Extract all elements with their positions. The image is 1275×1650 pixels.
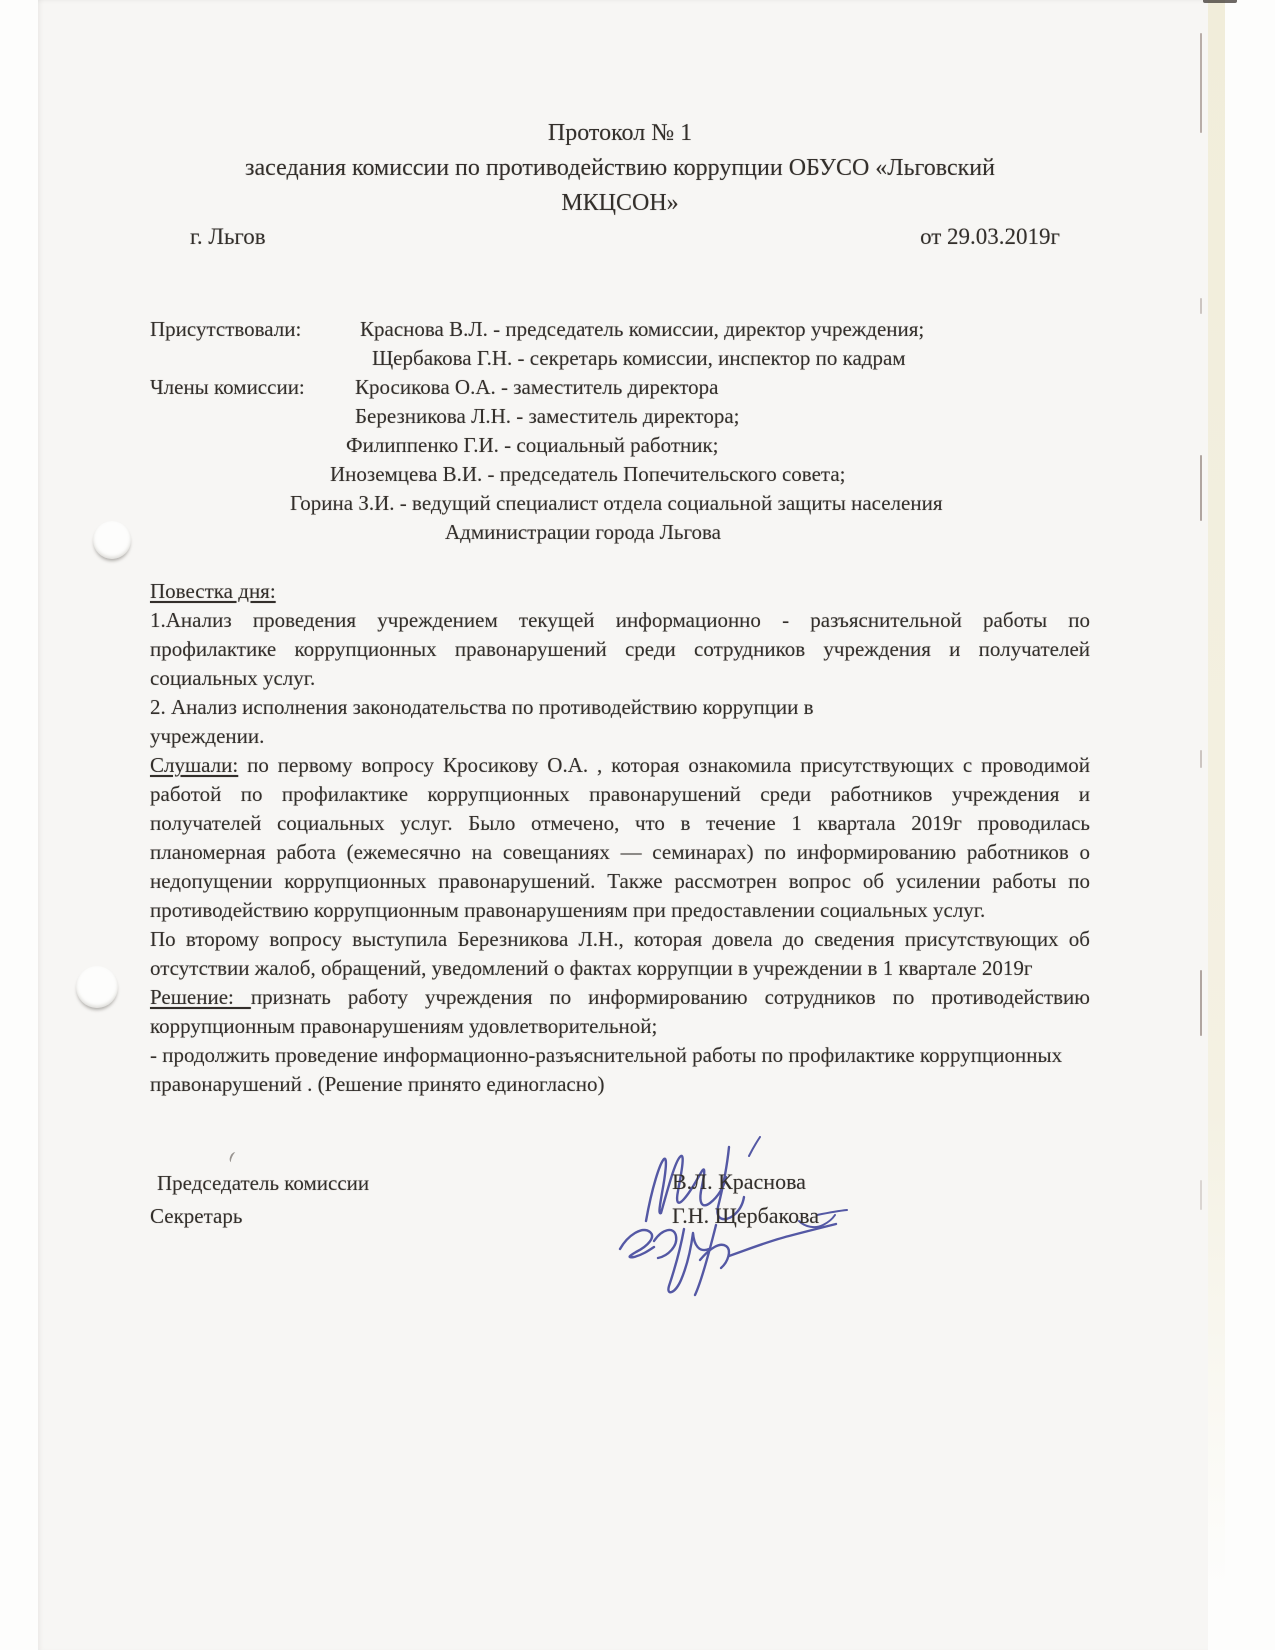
scan-edge-line <box>1200 970 1202 1036</box>
attendee-text: Березникова Л.Н. - заместитель директора… <box>355 404 740 428</box>
scan-edge-strip <box>1208 0 1225 1590</box>
chairman-label: Председатель комиссии <box>150 1167 1090 1200</box>
hole-punch-top <box>93 521 131 559</box>
attendees-section: Присутствовали:Краснова В.Л. - председат… <box>150 315 1090 547</box>
scanner-edge-smudge <box>1203 0 1237 3</box>
second-question-paragraph: По второму вопросу выступила Березникова… <box>150 925 1090 983</box>
scan-edge-line <box>1200 750 1202 768</box>
attendee-text: Филиппенко Г.И. - социальный работник; <box>346 433 719 457</box>
attendee-text: Кросикова О.А. - заместитель директора <box>355 375 718 399</box>
signature-labels: Председатель комиссии Секретарь <box>150 1167 1090 1233</box>
attendee-line: Горина З.И. - ведущий специалист отдела … <box>150 489 1090 518</box>
members-label: Члены комиссии: <box>150 373 355 402</box>
secretary-name: Г.Н. Щербакова <box>672 1199 819 1233</box>
attendee-line: Члены комиссии:Кросикова О.А. - заместит… <box>150 373 1090 402</box>
document-header: Протокол № 1 заседания комиссии по проти… <box>150 0 1090 221</box>
heard-text: по первому вопросу Кросикову О.А. , кото… <box>150 753 1090 922</box>
hole-punch-bottom <box>76 966 118 1008</box>
scan-edge-line <box>1200 1180 1202 1210</box>
attendee-line: Администрации города Льгова <box>150 518 1090 547</box>
scan-edge-line <box>1200 298 1202 314</box>
document-title: Протокол № 1 <box>150 116 1090 151</box>
signature-block: Председатель комиссии Секретарь <box>150 1167 1090 1347</box>
document-place: г. Льгов <box>190 221 266 253</box>
agenda-item-2-line1: 2. Анализ исполнения законодательства по… <box>150 693 1090 722</box>
attendee-line: Филиппенко Г.И. - социальный работник; <box>150 431 1090 460</box>
agenda-item-1: 1.Анализ проведения учреждением текущей … <box>150 606 1090 693</box>
scan-edge-line <box>1200 455 1202 521</box>
heard-lead: Слушали: <box>150 753 238 777</box>
secretary-label: Секретарь <box>150 1200 1090 1233</box>
document-date: от 29.03.2019г <box>920 221 1060 253</box>
document-subtitle-line1: заседания комиссии по противодействию ко… <box>150 151 1090 186</box>
signature-names: В.Л. Краснова Г.Н. Щербакова <box>672 1165 819 1233</box>
attendee-text: Краснова В.Л. - председатель комиссии, д… <box>360 317 924 341</box>
agenda-heading: Повестка дня: <box>150 577 1090 606</box>
decision-paragraph: Решение: признать работу учреждения по и… <box>150 983 1090 1041</box>
document-subtitle-line2: МКЦСОН» <box>150 186 1090 221</box>
attendee-text: Горина З.И. - ведущий специалист отдела … <box>290 491 943 515</box>
heard-paragraph: Слушали: по первому вопросу Кросикову О.… <box>150 751 1090 925</box>
decision-lead: Решение: <box>150 985 251 1009</box>
attendee-line: Березникова Л.Н. - заместитель директора… <box>150 402 1090 431</box>
agenda-item-2-line2: учреждении. <box>150 722 1090 751</box>
attendee-line: Иноземцева В.И. - председатель Попечител… <box>150 460 1090 489</box>
document-body: Повестка дня: 1.Анализ проведения учрежд… <box>150 577 1090 1099</box>
attendee-text: Иноземцева В.И. - председатель Попечител… <box>330 462 845 486</box>
document-content: Протокол № 1 заседания комиссии по проти… <box>150 0 1090 1347</box>
attendee-line: Присутствовали:Краснова В.Л. - председат… <box>150 315 1090 344</box>
decision-text: признать работу учреждения по информиров… <box>150 985 1090 1038</box>
attendee-text: Администрации города Льгова <box>445 520 721 544</box>
attendee-text: Щербакова Г.Н. - секретарь комиссии, инс… <box>372 346 906 370</box>
attendees-label: Присутствовали: <box>150 315 360 344</box>
place-date-row: г. Льгов от 29.03.2019г <box>150 221 1090 253</box>
scan-edge-line <box>1200 33 1202 133</box>
chairman-name: В.Л. Краснова <box>672 1165 819 1199</box>
attendee-line: Щербакова Г.Н. - секретарь комиссии, инс… <box>150 344 1090 373</box>
decision-continuation: - продолжить проведение информационно-ра… <box>150 1041 1090 1099</box>
